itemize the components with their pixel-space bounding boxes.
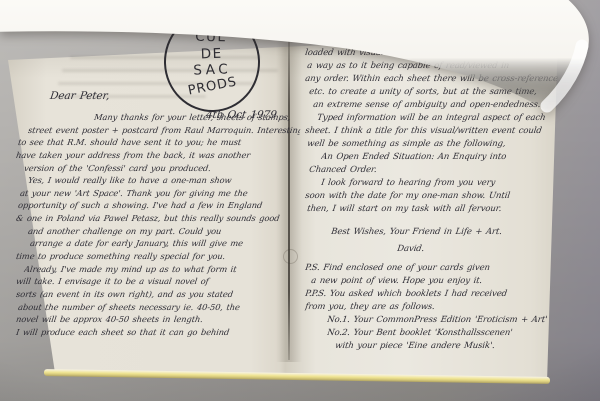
signature: David. bbox=[396, 244, 558, 257]
letter-line: with your piece 'Eine andere Musik'. bbox=[334, 341, 558, 354]
letter-line: sorts (an event in its own right), and a… bbox=[15, 289, 301, 302]
letter-line: well be something as simple as the follo… bbox=[306, 139, 558, 152]
letter-line: a new point of view. Hope you enjoy it. bbox=[310, 276, 558, 289]
letter-line: from you, they are as follows. bbox=[304, 302, 558, 315]
letter-line: version of the 'Confessi' card you produ… bbox=[23, 163, 301, 176]
letter-line: & one in Poland via Pawel Petasz, but th… bbox=[15, 213, 301, 226]
letter-line: at your new 'Art Space'. Thank you for g… bbox=[19, 188, 301, 201]
letter-line: Yes, I would really like to have a one-m… bbox=[27, 175, 301, 188]
letter-line: No.2. Your Bent booklet 'Konsthallsscene… bbox=[326, 328, 558, 341]
letter-line: Already, I've made my mind up as to what… bbox=[23, 264, 301, 277]
photo-of-handwritten-letter: CUL DE SAC PRODS 4th Oct 1979 Dear Peter… bbox=[0, 0, 600, 401]
letter-line: P.S. Find enclosed one of your cards giv… bbox=[304, 263, 558, 276]
letter-line: I will produce each sheet so that it can… bbox=[15, 327, 301, 340]
letter-line: novel will be approx 40-50 sheets in len… bbox=[15, 314, 301, 327]
letter-line: then, I will start on my task with all f… bbox=[306, 204, 558, 217]
letter-line: An Open Ended Situation: An Enquiry into bbox=[320, 152, 558, 165]
letter-line: and another challenge on my part. Could … bbox=[27, 226, 301, 239]
letter-line: about the number of sheets necessary ie.… bbox=[17, 302, 301, 315]
letter-line: I look forward to hearing from you very bbox=[320, 178, 558, 191]
closing-line: Best Wishes, Your Friend in Life + Art. bbox=[330, 227, 558, 240]
letter-line: will take. I envisage it to be a visual … bbox=[15, 276, 301, 289]
letter-line: soon with the date for my one-man show. … bbox=[304, 191, 558, 204]
curl-shape bbox=[0, 0, 589, 113]
letter-line: arrange a date for early January, this w… bbox=[29, 238, 301, 251]
letter-line: No.1. Your CommonPress Edition 'Eroticis… bbox=[326, 315, 558, 328]
letter-line: have taken your address from the back, i… bbox=[15, 150, 301, 163]
left-page-text: Many thanks for your letter, sheets of s… bbox=[16, 112, 300, 340]
page-curl bbox=[0, 0, 600, 140]
letter-line: P.P.S. You asked which booklets I had re… bbox=[304, 289, 558, 302]
letter-line: time to produce something really special… bbox=[15, 251, 301, 264]
letter-line: opportunity of such a showing. I've had … bbox=[17, 200, 301, 213]
letter-line: Chanced Order. bbox=[308, 165, 558, 178]
